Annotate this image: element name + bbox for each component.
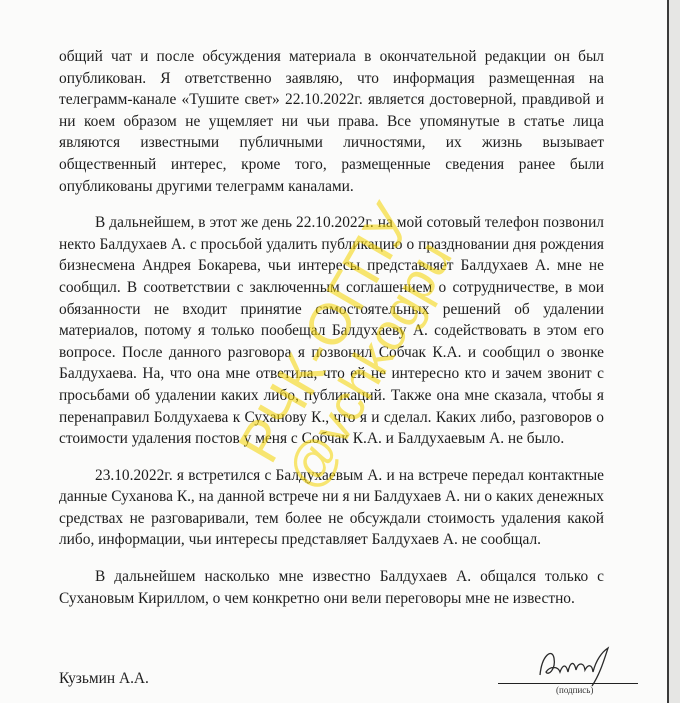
paragraph-2: В дальнейшем, в этот же день 22.10.2022г… — [59, 212, 604, 450]
document-page: общий чат и после обсуждения материала в… — [0, 0, 667, 703]
paragraph-1: общий чат и после обсуждения материала в… — [59, 46, 604, 197]
document-body: общий чат и после обсуждения материала в… — [59, 46, 604, 609]
signature-line — [498, 683, 638, 684]
paragraph-4: В дальнейшем насколько мне известно Балд… — [59, 566, 604, 609]
signature-caption: (подпись) — [556, 685, 593, 695]
signatory-name: Кузьмин А.А. — [59, 670, 149, 688]
scan-margin — [669, 0, 680, 703]
paragraph-3: 23.10.2022г. я встретился с Балдухаевым … — [59, 465, 604, 551]
